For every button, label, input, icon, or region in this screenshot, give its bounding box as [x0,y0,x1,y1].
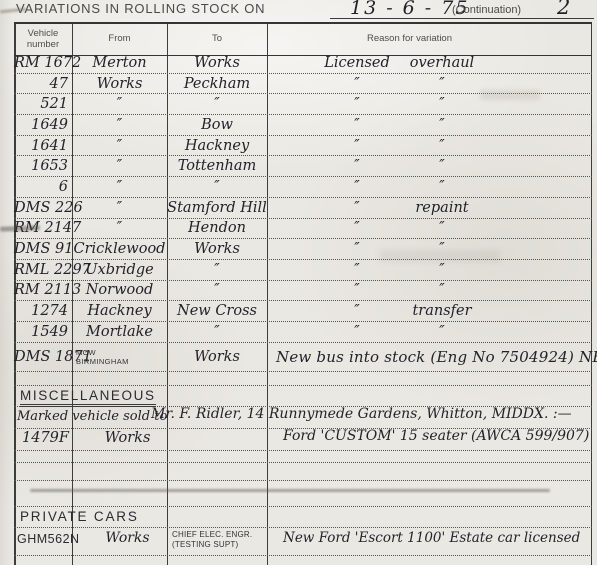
document-title: VARIATIONS IN ROLLING STOCK ON [16,1,265,16]
reason-cell: Licensed overhaul [267,53,592,73]
ruled-line [14,462,592,463]
from-cell: ″ [72,179,167,195]
table-row: DMS 1871 MCW BIRMINGHAM Works New bus in… [14,343,592,372]
table-row: DMS 226 ″ Stamford Hill ″ repaint [14,198,592,219]
table-header-row: Vehicle number From To Reason for variat… [14,22,592,56]
to-cell: Bow [167,117,267,133]
miscellaneous-from: Works [90,430,165,446]
from-cell: ″ [72,138,167,154]
to-cell: ″ [167,262,267,278]
miscellaneous-vehicle-number: 1479F [22,430,69,446]
column-header-to: To [167,34,267,45]
private-car-to-line1: CHIEF ELEC. ENGR. [172,530,252,539]
reason-cell: New bus into stock (Eng No 7504924) NE [267,343,592,371]
table-row: 1653 ″ Tottenham ″ ″ [14,156,592,177]
to-cell: ″ [167,324,267,340]
page-number: 2 [557,0,570,19]
reason-cell: ″ transfer [267,301,592,321]
table-row: DMS 91 Cricklewood Works ″ ″ [14,239,592,260]
to-cell: ″ [167,96,267,112]
vehicle-number: RM 1672 [14,55,72,71]
reason-cell: ″ ″ [267,177,592,197]
from-cell: Uxbridge [72,262,167,278]
from-line1: Uxbridge [85,262,153,278]
reason-cell: ″ ″ [267,156,592,176]
from-cell: Cricklewood [72,241,167,257]
to-cell: Works [167,55,267,71]
from-line1: Works [97,76,143,92]
vehicle-number: 6 [14,179,72,195]
table-row: 1649 ″ Bow ″ ″ [14,115,592,136]
table-row: 1274 Hackney New Cross ″ transfer [14,301,592,322]
scan-smudge [480,90,540,100]
reason-cell: ″ ″ [267,115,592,135]
ruled-line [14,385,592,386]
reason-cell: ″ ″ [267,322,592,342]
table-row: RM 1672 Merton Works Licensed overhaul [14,53,592,74]
from-line1: Merton [92,55,146,71]
private-car-to-line2: (TESTING SUPT) [172,540,238,549]
vehicle-number: DMS 226 [14,200,72,216]
from-cell: Hackney [72,303,167,319]
reason-cell: ″ ″ [267,260,592,280]
table-row: RML 2297 Uxbridge ″ ″ ″ [14,260,592,281]
vehicle-number: DMS 91 [14,241,72,257]
private-car-registration: GHM562N [17,532,80,546]
reason-cell: ″ ″ [267,94,592,114]
from-line1: Hackney [87,303,151,319]
from-line1: ″ [117,96,122,112]
reason-cell: ″ ″ [267,74,592,94]
private-cars-heading: PRIVATE CARS [20,509,139,524]
from-cell: MCW BIRMINGHAM [72,348,167,366]
private-car-reason: New Ford 'Escort 1100' Estate car licens… [283,530,580,546]
from-cell: Mortlake [72,324,167,340]
to-cell: New Cross [167,303,267,319]
reason-cell: ″ repaint [267,198,592,218]
scan-smudge [380,250,500,262]
reason-part2: ″ [362,179,522,195]
private-car-from: Works [90,530,165,546]
from-line1: ″ [117,117,122,133]
vehicle-number: DMS 1871 [14,349,72,365]
miscellaneous-heading: MISCELLANEOUS [20,388,156,407]
from-cell: Norwood [72,282,167,298]
reason-part2: ″ [362,324,522,340]
column-header-vehicle-line1: Vehicle [14,29,72,40]
from-line1: Norwood [86,282,154,298]
from-cell: ″ [72,158,167,174]
vehicle-number: RML 2297 [14,262,72,278]
to-cell: Tottenham [167,158,267,174]
vehicle-number: 1649 [14,117,72,133]
from-line1: ″ [117,158,122,174]
to-cell: Peckham [167,76,267,92]
from-line2: BIRMINGHAM [76,357,167,366]
column-header-vehicle-line2: number [14,40,72,51]
to-cell: ″ [167,179,267,195]
ruled-line [14,450,592,451]
table-body: RM 1672 Merton Works Licensed overhaul 4… [14,53,592,372]
from-line1: ″ [117,220,122,236]
reason-part2: overhaul [362,55,522,71]
miscellaneous-note-left: Marked vehicle sold to [17,409,167,424]
header-underline [330,18,594,19]
to-cell: Works [167,349,267,365]
from-line1: ″ [117,179,122,195]
reason-part2: repaint [362,200,522,216]
miscellaneous-detail: Ford 'CUSTOM' 15 seater (AWCA 599/907) [283,428,589,444]
column-header-vehicle: Vehicle number [14,29,72,51]
vehicle-number: 521 [14,96,72,112]
from-cell: ″ [72,200,167,216]
from-line1: Mortlake [86,324,153,340]
from-line1: MCW [76,348,167,357]
reason-cell: ″ ″ [267,136,592,156]
reason-part2: ″ [362,220,522,236]
from-cell: ″ [72,220,167,236]
to-cell: ″ [167,282,267,298]
ruled-line [14,480,592,481]
table-row: 6 ″ ″ ″ ″ [14,177,592,198]
scan-smudge [30,489,550,492]
reason-part2: ″ [362,158,522,174]
to-cell: Stamford Hill [167,200,267,216]
reason-part2: transfer [362,303,522,319]
ruled-line [14,506,592,507]
miscellaneous-note-right: Mr. F. Ridler, 14 Runnymede Gardens, Whi… [151,406,572,422]
table-row: RM 2147 ″ Hendon ″ ″ [14,219,592,240]
vehicle-number: RM 2113 [14,282,72,298]
continuation-label: (Continuation) [452,4,521,16]
ruled-line [14,527,592,528]
from-cell: ″ [72,117,167,133]
vehicle-number: 1641 [14,138,72,154]
vehicle-number: 47 [14,76,72,92]
column-header-reason: Reason for variation [267,34,592,45]
reason-part2: ″ [362,262,522,278]
from-cell: Merton [72,55,167,71]
to-cell: Works [167,241,267,257]
reason-part2: ″ [362,138,522,154]
from-cell: ″ [72,96,167,112]
scanned-document-page: VARIATIONS IN ROLLING STOCK ON 13 - 6 - … [0,0,597,565]
vehicle-number: 1653 [14,158,72,174]
table-row: 1549 Mortlake ″ ″ ″ [14,322,592,343]
reason-part2: ″ [362,117,522,133]
to-cell: Hendon [167,220,267,236]
to-cell: Hackney [167,138,267,154]
vehicle-number: 1274 [14,303,72,319]
table-row: 1641 ″ Hackney ″ ″ [14,136,592,157]
column-header-from: From [72,34,167,45]
reason-cell: ″ ″ [267,281,592,301]
from-line1: ″ [117,200,122,216]
from-line1: Cricklewood [74,241,166,257]
ruled-line [14,555,592,556]
table-row: RM 2113 Norwood ″ ″ ″ [14,281,592,302]
reason-full: New bus into stock (Eng No 7504924) NE [276,348,597,366]
vehicle-number: 1549 [14,324,72,340]
private-car-to: CHIEF ELEC. ENGR. (TESTING SUPT) [172,530,252,550]
from-cell: Works [72,76,167,92]
from-line1: ″ [117,138,122,154]
reason-part2: ″ [362,282,522,298]
reason-cell: ″ ″ [267,219,592,239]
